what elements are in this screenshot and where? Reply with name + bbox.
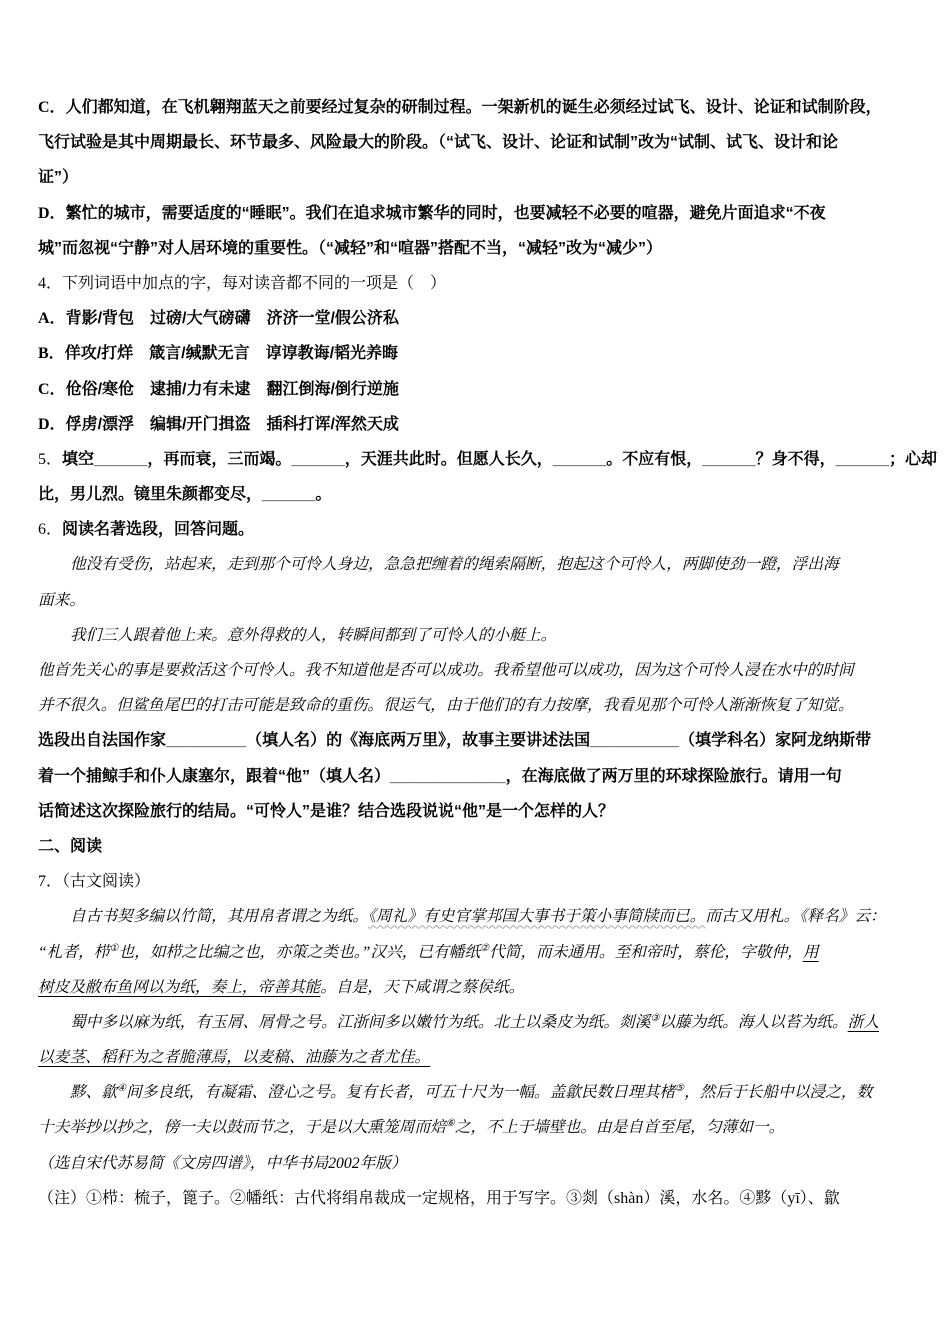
text-run: 伧俗/寒伧 逮捕/力有未逮 翻江倒海/倒行逆施 xyxy=(66,381,399,398)
text-line: 5．填空______，再而衰，三而竭。______，天涯共此时。但愿人长久，__… xyxy=(38,442,920,477)
exam-page: C．人们都知道，在飞机翱翔蓝天之前要经过复杂的研制过程。一架新机的诞生必须经过试… xyxy=(0,0,950,1344)
text-run: 他没有受伤，站起来，走到那个可怜人身边，急急把缠着的绳索隔断，抱起这个可怜人，两… xyxy=(70,556,839,573)
text-run: 代简，而未通用。至和帝时，蔡伦，字敬仲， xyxy=(489,944,803,961)
footnote-marker: ② xyxy=(480,942,489,953)
text-run: 人们都知道，在飞机翱翔蓝天之前要经过复杂的研制过程。一架新机的诞生必须经过试飞、… xyxy=(66,99,882,116)
text-run: 选段出自法国作家_________（填人名）的《海底两万里》，故事主要讲述法国_… xyxy=(38,732,871,749)
text-run: B． xyxy=(38,345,65,362)
text-line: 城”而忽视“宁静”对人居环境的重要性。（“减轻”和“喧器”搭配不当，“减轻”改为… xyxy=(38,231,920,266)
text-line: 以麦茎、稻秆为之者脆薄焉，以麦稿、油藤为之者尤佳。 xyxy=(38,1040,920,1075)
text-run: 飞行试验是其中周期最长、环节最多、风险最大的阶段。（“试飞、设计、论证和试制”改… xyxy=(38,134,838,151)
footnote-marker: ④ xyxy=(117,1083,126,1094)
text-run: 5． xyxy=(38,451,62,468)
text-line: C．伧俗/寒伧 逮捕/力有未逮 翻江倒海/倒行逆施 xyxy=(38,372,920,407)
text-run: 4． xyxy=(38,275,62,292)
text-run: 填空______，再而衰，三而竭。______，天涯共此时。但愿人长久，____… xyxy=(62,451,937,468)
text-line: 比，男儿烈。镜里朱颜都变尽，______。 xyxy=(38,477,920,512)
underlined-text-run: 《周礼》有史官掌邦国大事书于策小事简牍而已。 xyxy=(368,908,705,925)
text-run: 阅读名著选段，回答问题。 xyxy=(62,521,254,538)
text-run: A． xyxy=(38,310,66,327)
text-line: 面来。 xyxy=(38,583,920,618)
text-line: 并不很久。但鲨鱼尾巴的打击可能是致命的重伤。很运气，由于他们的有力按摩，我看见那… xyxy=(38,688,920,723)
text-line: （注）①栉：梳子，篦子。②幡纸：古代将绢帛裁成一定规格，用于写字。③剡（shàn… xyxy=(38,1181,920,1216)
text-run: 十夫举抄以抄之，傍一夫以鼓而节之，于是以大熏笼周而焙 xyxy=(38,1119,446,1136)
text-run: 并不很久。但鲨鱼尾巴的打击可能是致命的重伤。很运气，由于他们的有力按摩，我看见那… xyxy=(38,697,854,714)
footnote-marker: ⑥ xyxy=(446,1118,455,1129)
footnote-marker: ⑤ xyxy=(675,1083,684,1094)
text-line: 二、阅读 xyxy=(38,829,920,864)
underlined-text-run: 以麦茎、稻秆为之者脆薄焉，以麦稿、油藤为之者尤佳。 xyxy=(38,1049,430,1066)
text-run: 我们三人跟着他上来。意外得救的人，转瞬间都到了可怜人的小艇上。 xyxy=(70,627,556,644)
text-line: C．人们都知道，在飞机翱翔蓝天之前要经过复杂的研制过程。一架新机的诞生必须经过试… xyxy=(38,90,920,125)
text-line: 证”） xyxy=(38,160,920,195)
text-run: 而古又用札。《释名》云： xyxy=(705,908,885,925)
text-line: B．佯攻/打烊 箴言/缄默无言 谆谆教诲/韬光养晦 xyxy=(38,336,920,371)
text-run: 下列词语中加点的字，每对读音都不同的一项是（ ） xyxy=(62,275,446,292)
underlined-text-run: 用 xyxy=(803,944,819,961)
text-run: （注）①栉：梳子，篦子。②幡纸：古代将绢帛裁成一定规格，用于写字。③剡（shàn… xyxy=(38,1190,840,1207)
text-line: 他没有受伤，站起来，走到那个可怜人身边，急急把缠着的绳索隔断，抱起这个可怜人，两… xyxy=(38,547,920,582)
document-body: C．人们都知道，在飞机翱翔蓝天之前要经过复杂的研制过程。一架新机的诞生必须经过试… xyxy=(38,90,920,1216)
text-line: 4．下列词语中加点的字，每对读音都不同的一项是（ ） xyxy=(38,266,920,301)
text-run: 俘虏/漂浮 编辑/开门揖盗 插科打诨/浑然天成 xyxy=(66,416,399,433)
text-line: 7．（古文阅读） xyxy=(38,864,920,899)
text-line: 他首先关心的事是要救活这个可怜人。我不知道他是否可以成功。我希望他可以成功，因为… xyxy=(38,653,920,688)
text-line: 话简述这次探险旅行的结局。“可怜人”是谁？结合选段说说“他”是一个怎样的人？ xyxy=(38,794,920,829)
text-run: ，然后于长船中以浸之，数 xyxy=(684,1084,872,1101)
text-run: 比，男儿烈。镜里朱颜都变尽，______。 xyxy=(38,486,331,503)
text-run: 话简述这次探险旅行的结局。“可怜人”是谁？结合选段说说“他”是一个怎样的人？ xyxy=(38,803,614,820)
text-run: 二、阅读 xyxy=(38,838,102,855)
text-run: D． xyxy=(38,205,66,222)
text-line: 蜀中多以麻为纸，有玉屑、屑骨之号。江浙间多以嫩竹为纸。北土以桑皮为纸。剡溪③以藤… xyxy=(38,1005,920,1040)
text-line: 6．阅读名著选段，回答问题。 xyxy=(38,512,920,547)
text-run: 之，不上于墙壁也。由是自首至尾，匀薄如一。 xyxy=(455,1119,784,1136)
text-run: 间多良纸，有凝霜、澄心之号。复有长者，可五十尺为一幅。盖歙民数日理其楮 xyxy=(126,1084,675,1101)
text-run: 蜀中多以麻为纸，有玉屑、屑骨之号。江浙间多以嫩竹为纸。北土以桑皮为纸。剡溪 xyxy=(70,1014,650,1031)
text-line: 选段出自法国作家_________（填人名）的《海底两万里》，故事主要讲述法国_… xyxy=(38,723,920,758)
text-run: 7． xyxy=(38,873,62,890)
text-line: （选自宋代苏易简《文房四谱》，中华书局2002年版） xyxy=(38,1146,920,1181)
text-line: 飞行试验是其中周期最长、环节最多、风险最大的阶段。（“试飞、设计、论证和试制”改… xyxy=(38,125,920,160)
text-run: 自古书契多编以竹简，其用帛者谓之为纸。 xyxy=(70,908,368,925)
text-run: 以藤为纸。海人以苔为纸。 xyxy=(659,1014,847,1031)
text-run: 。自是，天下咸谓之蔡侯纸。 xyxy=(320,979,524,996)
text-run: C． xyxy=(38,381,66,398)
text-line: 着一个捕鲸手和仆人康塞尔，跟着“他”（填人名）_____________，在海底… xyxy=(38,759,920,794)
text-run: 证”） xyxy=(38,169,78,186)
text-run: 着一个捕鲸手和仆人康塞尔，跟着“他”（填人名）_____________，在海底… xyxy=(38,768,842,785)
text-run: （古文阅读） xyxy=(62,873,150,890)
text-run: 6． xyxy=(38,521,62,538)
text-run: 城”而忽视“宁静”对人居环境的重要性。（“减轻”和“喧器”搭配不当，“减轻”改为… xyxy=(38,240,662,257)
text-run: D． xyxy=(38,416,66,433)
text-line: D．繁忙的城市，需要适度的“睡眠”。我们在追求城市繁华的同时，也要减轻不必要的喧… xyxy=(38,196,920,231)
text-line: D．俘虏/漂浮 编辑/开门揖盗 插科打诨/浑然天成 xyxy=(38,407,920,442)
text-run: （选自宋代苏易简《文房四谱》，中华书局2002年版） xyxy=(38,1155,407,1172)
text-line: 自古书契多编以竹简，其用帛者谓之为纸。《周礼》有史官掌邦国大事书于策小事简牍而已… xyxy=(38,899,920,934)
underlined-text-run: 树皮及敝布鱼网以为纸，奏上，帝善其能 xyxy=(38,979,320,996)
text-line: 树皮及敝布鱼网以为纸，奏上，帝善其能。自是，天下咸谓之蔡侯纸。 xyxy=(38,970,920,1005)
text-line: “札者，栉①也，如栉之比编之也，亦策之类也。”汉兴，已有幡纸②代简，而未通用。至… xyxy=(38,935,920,970)
text-run: 背影/背包 过磅/大气磅礴 济济一堂/假公济私 xyxy=(66,310,399,327)
text-run: 也，如栉之比编之也，亦策之类也。”汉兴，已有幡纸 xyxy=(118,944,480,961)
text-line: 十夫举抄以抄之，傍一夫以鼓而节之，于是以大熏笼周而焙⑥之，不上于墙壁也。由是自首… xyxy=(38,1110,920,1145)
text-line: 我们三人跟着他上来。意外得救的人，转瞬间都到了可怜人的小艇上。 xyxy=(38,618,920,653)
text-run: 佯攻/打烊 箴言/缄默无言 谆谆教诲/韬光养晦 xyxy=(65,345,398,362)
text-line: A．背影/背包 过磅/大气磅礴 济济一堂/假公济私 xyxy=(38,301,920,336)
text-run: 黟、歙 xyxy=(70,1084,117,1101)
text-run: 面来。 xyxy=(38,592,85,609)
text-run: C． xyxy=(38,99,66,116)
text-line: 黟、歙④间多良纸，有凝霜、澄心之号。复有长者，可五十尺为一幅。盖歙民数日理其楮⑤… xyxy=(38,1075,920,1110)
text-run: 繁忙的城市，需要适度的“睡眠”。我们在追求城市繁华的同时，也要减轻不必要的喧器，… xyxy=(66,205,826,222)
underlined-text-run: 浙人 xyxy=(848,1014,879,1031)
text-run: 他首先关心的事是要救活这个可怜人。我不知道他是否可以成功。我希望他可以成功，因为… xyxy=(38,662,854,679)
text-run: “札者，栉 xyxy=(38,944,109,961)
